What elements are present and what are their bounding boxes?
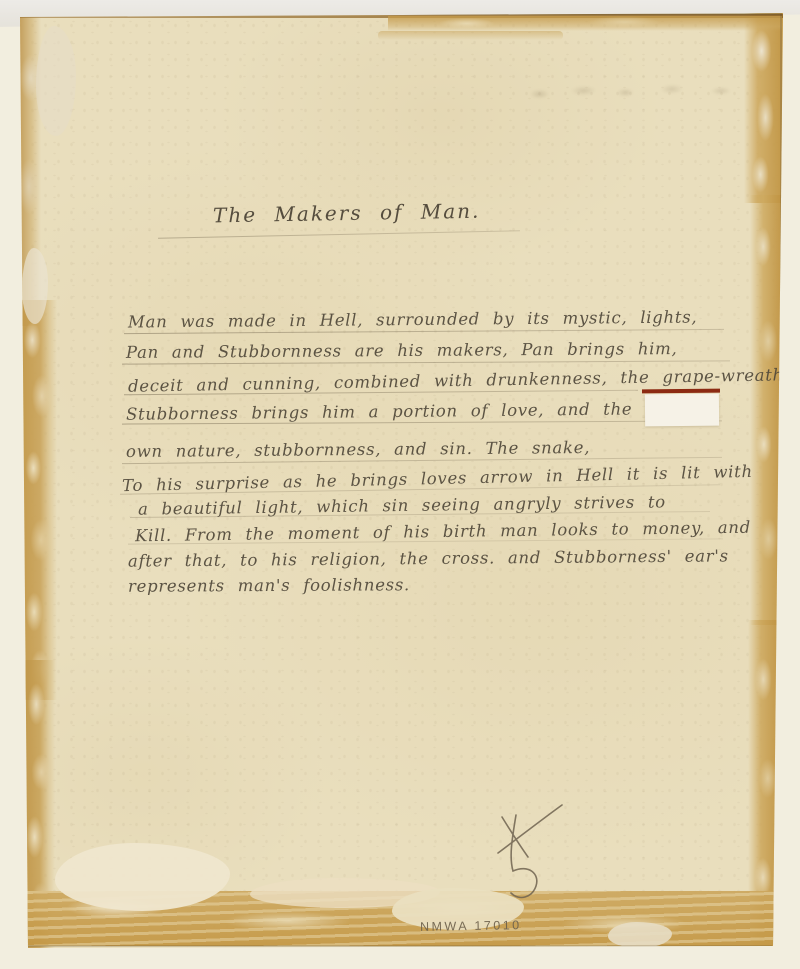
sheet-edge xyxy=(18,16,20,947)
handwritten-line: represents man's foolishness. xyxy=(128,575,410,595)
document-scan: The Makers of Man. Man was made in Hell,… xyxy=(0,0,800,969)
red-marking xyxy=(642,389,720,394)
adhesive-tape-left xyxy=(19,300,57,700)
catalog-number: NMWA 17010 xyxy=(420,918,522,934)
manuscript-page: The Makers of Man. Man was made in Hell,… xyxy=(0,0,800,969)
conservation-patch xyxy=(645,394,719,427)
handwritten-line: own nature, stubbornness, and sin. The s… xyxy=(126,438,590,461)
adhesive-tape-top xyxy=(388,16,782,31)
handwritten-line: Pan and Stubbornness are his makers, Pan… xyxy=(126,339,678,362)
pencil-mark-5 xyxy=(482,795,577,903)
ink-smudge xyxy=(520,76,765,106)
sheet-edge xyxy=(28,945,772,947)
adhesive-tape-right xyxy=(744,13,783,203)
adhesive-tape-top xyxy=(378,31,563,40)
adhesive-tape-right xyxy=(750,195,783,625)
page-title: The Makers of Man. xyxy=(213,199,481,228)
sheet-edge xyxy=(780,14,782,946)
